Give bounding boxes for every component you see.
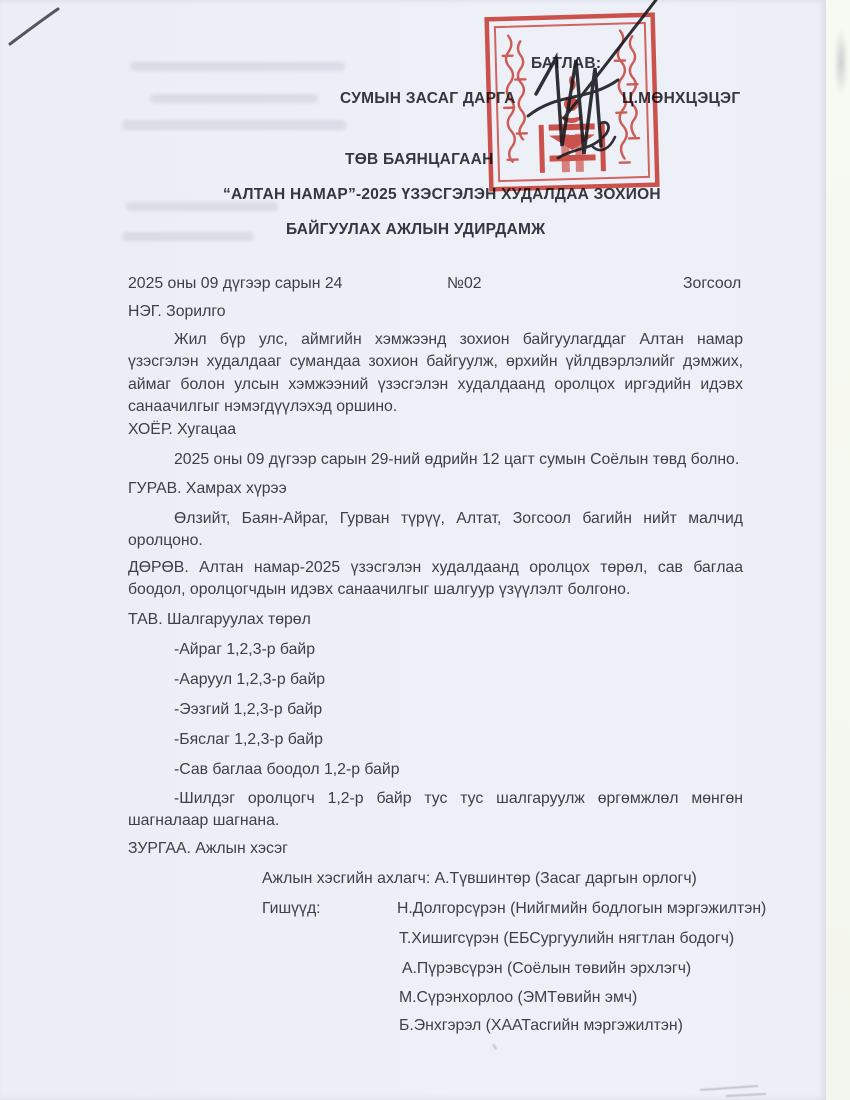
bleed-through-line	[122, 120, 346, 130]
section-two-heading: ХОЁР. Хугацаа	[128, 420, 236, 440]
bleed-through-line	[122, 232, 254, 241]
section-two-body: 2025 оны 09 дүгээр сарын 29-ний өдрийн 1…	[174, 450, 739, 470]
signature-strokes	[498, 0, 688, 209]
prize-item: -Ээзгий 1,2,3-р байр	[174, 700, 322, 720]
section-four-body: ДӨРӨВ. Алтан намар-2025 үзэсгэлэн худалд…	[128, 557, 743, 602]
scan-smudge	[834, 28, 848, 96]
pen-mark	[4, 2, 74, 57]
scan-background-edge	[826, 0, 850, 1100]
section-five-closing: -Шилдэг оролцогч 1,2-р байр тус тус шалг…	[128, 788, 743, 833]
section-three-body: Өлзийт, Баян-Айраг, Гурван түрүү, Алтат,…	[128, 508, 743, 553]
doc-title-line2: БАЙГУУЛАХ АЖЛЫН УДИРДАМЖ	[286, 220, 545, 240]
prize-item: -Ааруул 1,2,3-р байр	[174, 670, 325, 690]
prize-item: -Сав баглаа боодол 1,2-р байр	[174, 760, 399, 780]
section-three-heading: ГУРАВ. Хамрах хүрээ	[128, 479, 287, 499]
section-six-heading: ЗУРГАА. Ажлын хэсэг	[128, 839, 288, 859]
org-line: ТӨВ БАЯНЦАГААН	[345, 150, 494, 170]
doc-number: №02	[447, 274, 482, 294]
pen-mark-stroke	[4, 2, 74, 57]
bleed-through-line	[130, 62, 345, 71]
document-page: БАТЛАВ: СУМЫН ЗАСАГ ДАРГА Ц.МӨНХЦЭЦЭГ ТӨ…	[0, 0, 826, 1100]
section-one-heading: НЭГ. Зорилго	[128, 302, 226, 322]
signature	[498, 0, 688, 209]
workgroup-member: А.Пүрэвсүрэн (Соёлын төвийн эрхлэгч)	[402, 959, 691, 979]
section-five-heading: ТАВ. Шалгаруулах төрөл	[128, 610, 311, 630]
workgroup-leader: Ажлын хэсгийн ахлагч: А.Түвшинтөр (Засаг…	[262, 869, 697, 889]
workgroup-member: Т.Хишигсүрэн (ЕБСургуулийн нягтлан бодог…	[399, 929, 734, 949]
prize-item: -Айраг 1,2,3-р байр	[174, 640, 315, 660]
workgroup-member: Б.Энхгэрэл (ХААТасгийн мэргэжилтэн)	[399, 1016, 683, 1036]
doc-date: 2025 оны 09 дүгээр сарын 24	[128, 274, 342, 294]
doc-place: Зогсоол	[683, 274, 741, 294]
workgroup-member: М.Сүрэнхорлоо (ЭМТөвийн эмч)	[399, 988, 637, 1008]
bleed-through-line	[150, 94, 318, 103]
prize-item: -Бяслаг 1,2,3-р байр	[174, 730, 323, 750]
section-one-body: Жил бүр улс, аймгийн хэмжээнд зохион бай…	[128, 329, 743, 418]
workgroup-member: Н.Долгорсүрэн (Нийгмийн бодлогын мэргэжи…	[397, 899, 766, 919]
members-label: Гишүүд:	[262, 899, 321, 919]
